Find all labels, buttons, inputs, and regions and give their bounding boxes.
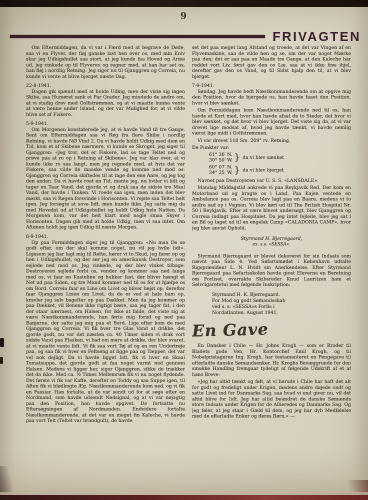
diary-paragraph: Om Eftermiddagen, da vi var i Færd med a…	[26, 45, 185, 80]
longitude-value: 30° 50′ W.	[209, 158, 233, 163]
bottom-right-shadow	[342, 480, 368, 492]
gift-quote-paragraph: »Jeg har altid tænkt og følt, at vi heru…	[192, 379, 351, 419]
inscription-line: Nordatlanten. August 1941.	[212, 310, 351, 316]
longitude-value: 34° 25′ W.	[209, 171, 233, 176]
page-paper: 9 FRIVAGTEN Om Eftermiddagen, da vi var …	[0, 6, 368, 495]
diary-paragraph: Om Formiddagen kom Næstkommanderende ned…	[192, 108, 351, 137]
bottom-left-shadow	[0, 466, 14, 492]
photo-edge-mark	[0, 357, 3, 364]
positions-block: De Punkter var: 61° 26′ N. 30° 50′ W. } …	[192, 145, 351, 176]
gift-intro-paragraph: En Dansker i Chile — Hr. Johns Krogh — s…	[192, 343, 351, 378]
diary-paragraph-continuation: set det paa meget lang Afstand og troede…	[192, 45, 351, 80]
position-label: da vi blev sænket	[243, 155, 284, 161]
right-column-text: set det paa meget lang Afstand og troede…	[192, 45, 351, 419]
magazine-title: FRIVAGTEN	[272, 29, 361, 44]
brace-glyph: }	[234, 152, 240, 164]
diary-paragraph: Om Morgenen konstaterede jeg, at vi havd…	[26, 127, 185, 231]
position-sunk: 61° 26′ N. 30° 50′ W. } da vi blev sænke…	[209, 152, 351, 164]
right-column: set det paa meget lang Afstand og troede…	[192, 45, 351, 463]
drift-distance-line: Vi var drevet 118 Sm. 209° rv. Retning.	[192, 138, 351, 144]
diary-paragraph: Op paa Formiddagen siger jeg til Gjanggr…	[26, 240, 185, 424]
photo-bottom-edge	[0, 495, 368, 500]
photo-top-edge	[0, 0, 368, 7]
position-coordinates: 60° 07′ N. 34° 25′ W.	[209, 165, 233, 176]
brace-glyph: }	[234, 165, 240, 177]
left-column: Om Eftermiddagen, da vi var i Færd med a…	[26, 45, 185, 463]
author-signature: Styrmand H. Bjerregaard, ex. s.s. «SESSA…	[192, 236, 351, 248]
position-label: da vi blev bjerget	[243, 168, 284, 174]
signature-ship: ex. s.s. «SESSA».	[192, 242, 351, 248]
editor-note: Styrmand Bjerregaard er blevet dekoreret…	[192, 253, 351, 288]
masthead-rule	[10, 35, 265, 38]
position-rescued: 60° 07′ N. 34° 25′ W. } da vi blev bjerg…	[209, 165, 351, 177]
diary-paragraph: Søndag. Jeg havde bedt Næstkommanderende…	[192, 89, 351, 106]
diary-paragraph: Mandag Middagstid ankrede vi paa Reykjav…	[192, 185, 351, 231]
diary-paragraph: Dagen gik spændt med at holde Udkig, men…	[26, 89, 185, 118]
photo-edge-mark	[0, 338, 4, 347]
photographed-magazine-page: 9 FRIVAGTEN Om Eftermiddagen, da vi var …	[0, 0, 368, 500]
masthead: FRIVAGTEN	[10, 29, 361, 44]
page-number: 9	[0, 12, 368, 22]
section-heading-en-gave: En Gave	[192, 319, 351, 339]
text-columns: Om Eftermiddagen, da vi var i Færd med a…	[26, 45, 351, 463]
left-column-text: Om Eftermiddagen, da vi var i Færd med a…	[26, 45, 185, 424]
destroyer-name-line: Navnet paa Destroyeren var U. S. S. «LAN…	[192, 178, 351, 184]
inscription-block: Styrmand H. K. Bjerregaard. For Mod og g…	[212, 292, 351, 316]
positions-heading: De Punkter var:	[192, 145, 351, 151]
position-coordinates: 61° 26′ N. 30° 50′ W.	[209, 152, 233, 163]
